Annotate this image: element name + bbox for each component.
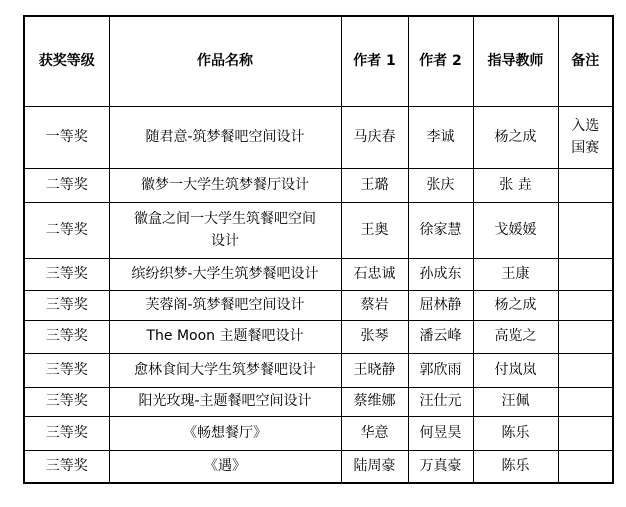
award-cell: 三等奖: [24, 290, 109, 320]
work-cell: 徽盒之间一大学生筑餐吧空间 设计: [109, 202, 341, 258]
teacher-cell: 陈乐: [473, 450, 558, 483]
note-cell: 入选 国赛: [558, 106, 613, 168]
author1-cell: 蔡岩: [341, 290, 408, 320]
teacher-cell: 张 垚: [473, 168, 558, 202]
work-cell: The Moon 主题餐吧设计: [109, 320, 341, 353]
awards-table: 获奖等级 作品名称 作者 1 作者 2 指导教师 备注 一等奖 随君意-筑梦餐吧…: [23, 15, 614, 484]
author1-cell: 王晓静: [341, 353, 408, 387]
table-row: 三等奖 《畅想餐厅》 华意 何昱昊 陈乐: [24, 416, 613, 450]
teacher-cell: 汪佩: [473, 387, 558, 416]
column-header-note: 备注: [558, 16, 613, 106]
author1-cell: 王璐: [341, 168, 408, 202]
note-cell: [558, 320, 613, 353]
author1-cell: 蔡维娜: [341, 387, 408, 416]
work-cell: 愈林食间大学生筑梦餐吧设计: [109, 353, 341, 387]
author2-cell: 万真豪: [408, 450, 473, 483]
column-header-work: 作品名称: [109, 16, 341, 106]
header-row: 获奖等级 作品名称 作者 1 作者 2 指导教师 备注: [24, 16, 613, 106]
award-cell: 二等奖: [24, 202, 109, 258]
author2-cell: 汪仕元: [408, 387, 473, 416]
column-header-author1: 作者 1: [341, 16, 408, 106]
teacher-cell: 王康: [473, 258, 558, 290]
table-row: 一等奖 随君意-筑梦餐吧空间设计 马庆春 李诚 杨之成 入选 国赛: [24, 106, 613, 168]
work-cell: 芙蓉阁-筑梦餐吧空间设计: [109, 290, 341, 320]
teacher-cell: 高览之: [473, 320, 558, 353]
author2-cell: 李诚: [408, 106, 473, 168]
note-cell: [558, 353, 613, 387]
table-row: 三等奖 The Moon 主题餐吧设计 张琴 潘云峰 高览之: [24, 320, 613, 353]
note-cell: [558, 450, 613, 483]
author1-cell: 华意: [341, 416, 408, 450]
work-cell: 《畅想餐厅》: [109, 416, 341, 450]
award-cell: 一等奖: [24, 106, 109, 168]
work-cell: 缤纷织梦-大学生筑梦餐吧设计: [109, 258, 341, 290]
teacher-cell: 戈媛媛: [473, 202, 558, 258]
award-cell: 三等奖: [24, 258, 109, 290]
work-cell: 徽梦一大学生筑梦餐厅设计: [109, 168, 341, 202]
work-cell: 《遇》: [109, 450, 341, 483]
work-cell: 随君意-筑梦餐吧空间设计: [109, 106, 341, 168]
note-cell: [558, 202, 613, 258]
award-cell: 三等奖: [24, 353, 109, 387]
table-row: 三等奖 缤纷织梦-大学生筑梦餐吧设计 石忠诚 孙成东 王康: [24, 258, 613, 290]
teacher-cell: 陈乐: [473, 416, 558, 450]
column-header-award: 获奖等级: [24, 16, 109, 106]
award-cell: 三等奖: [24, 416, 109, 450]
note-cell: [558, 168, 613, 202]
award-cell: 二等奖: [24, 168, 109, 202]
column-header-author2: 作者 2: [408, 16, 473, 106]
author2-cell: 何昱昊: [408, 416, 473, 450]
table-row: 三等奖 阳光玫瑰-主题餐吧空间设计 蔡维娜 汪仕元 汪佩: [24, 387, 613, 416]
teacher-cell: 杨之成: [473, 290, 558, 320]
author2-cell: 郭欣雨: [408, 353, 473, 387]
author1-cell: 马庆春: [341, 106, 408, 168]
award-cell: 三等奖: [24, 450, 109, 483]
table-row: 二等奖 徽盒之间一大学生筑餐吧空间 设计 王奥 徐家慧 戈媛媛: [24, 202, 613, 258]
author2-cell: 潘云峰: [408, 320, 473, 353]
table-row: 三等奖 愈林食间大学生筑梦餐吧设计 王晓静 郭欣雨 付岚岚: [24, 353, 613, 387]
note-cell: [558, 416, 613, 450]
teacher-cell: 杨之成: [473, 106, 558, 168]
author2-cell: 孙成东: [408, 258, 473, 290]
note-cell: [558, 290, 613, 320]
author1-cell: 张琴: [341, 320, 408, 353]
author2-cell: 徐家慧: [408, 202, 473, 258]
award-cell: 三等奖: [24, 387, 109, 416]
note-cell: [558, 387, 613, 416]
table-row: 三等奖 《遇》 陆周豪 万真豪 陈乐: [24, 450, 613, 483]
table-row: 三等奖 芙蓉阁-筑梦餐吧空间设计 蔡岩 屈林静 杨之成: [24, 290, 613, 320]
author1-cell: 王奥: [341, 202, 408, 258]
author2-cell: 张庆: [408, 168, 473, 202]
table-row: 二等奖 徽梦一大学生筑梦餐厅设计 王璐 张庆 张 垚: [24, 168, 613, 202]
award-cell: 三等奖: [24, 320, 109, 353]
author2-cell: 屈林静: [408, 290, 473, 320]
column-header-teacher: 指导教师: [473, 16, 558, 106]
author1-cell: 陆周豪: [341, 450, 408, 483]
note-cell: [558, 258, 613, 290]
work-cell: 阳光玫瑰-主题餐吧空间设计: [109, 387, 341, 416]
teacher-cell: 付岚岚: [473, 353, 558, 387]
author1-cell: 石忠诚: [341, 258, 408, 290]
